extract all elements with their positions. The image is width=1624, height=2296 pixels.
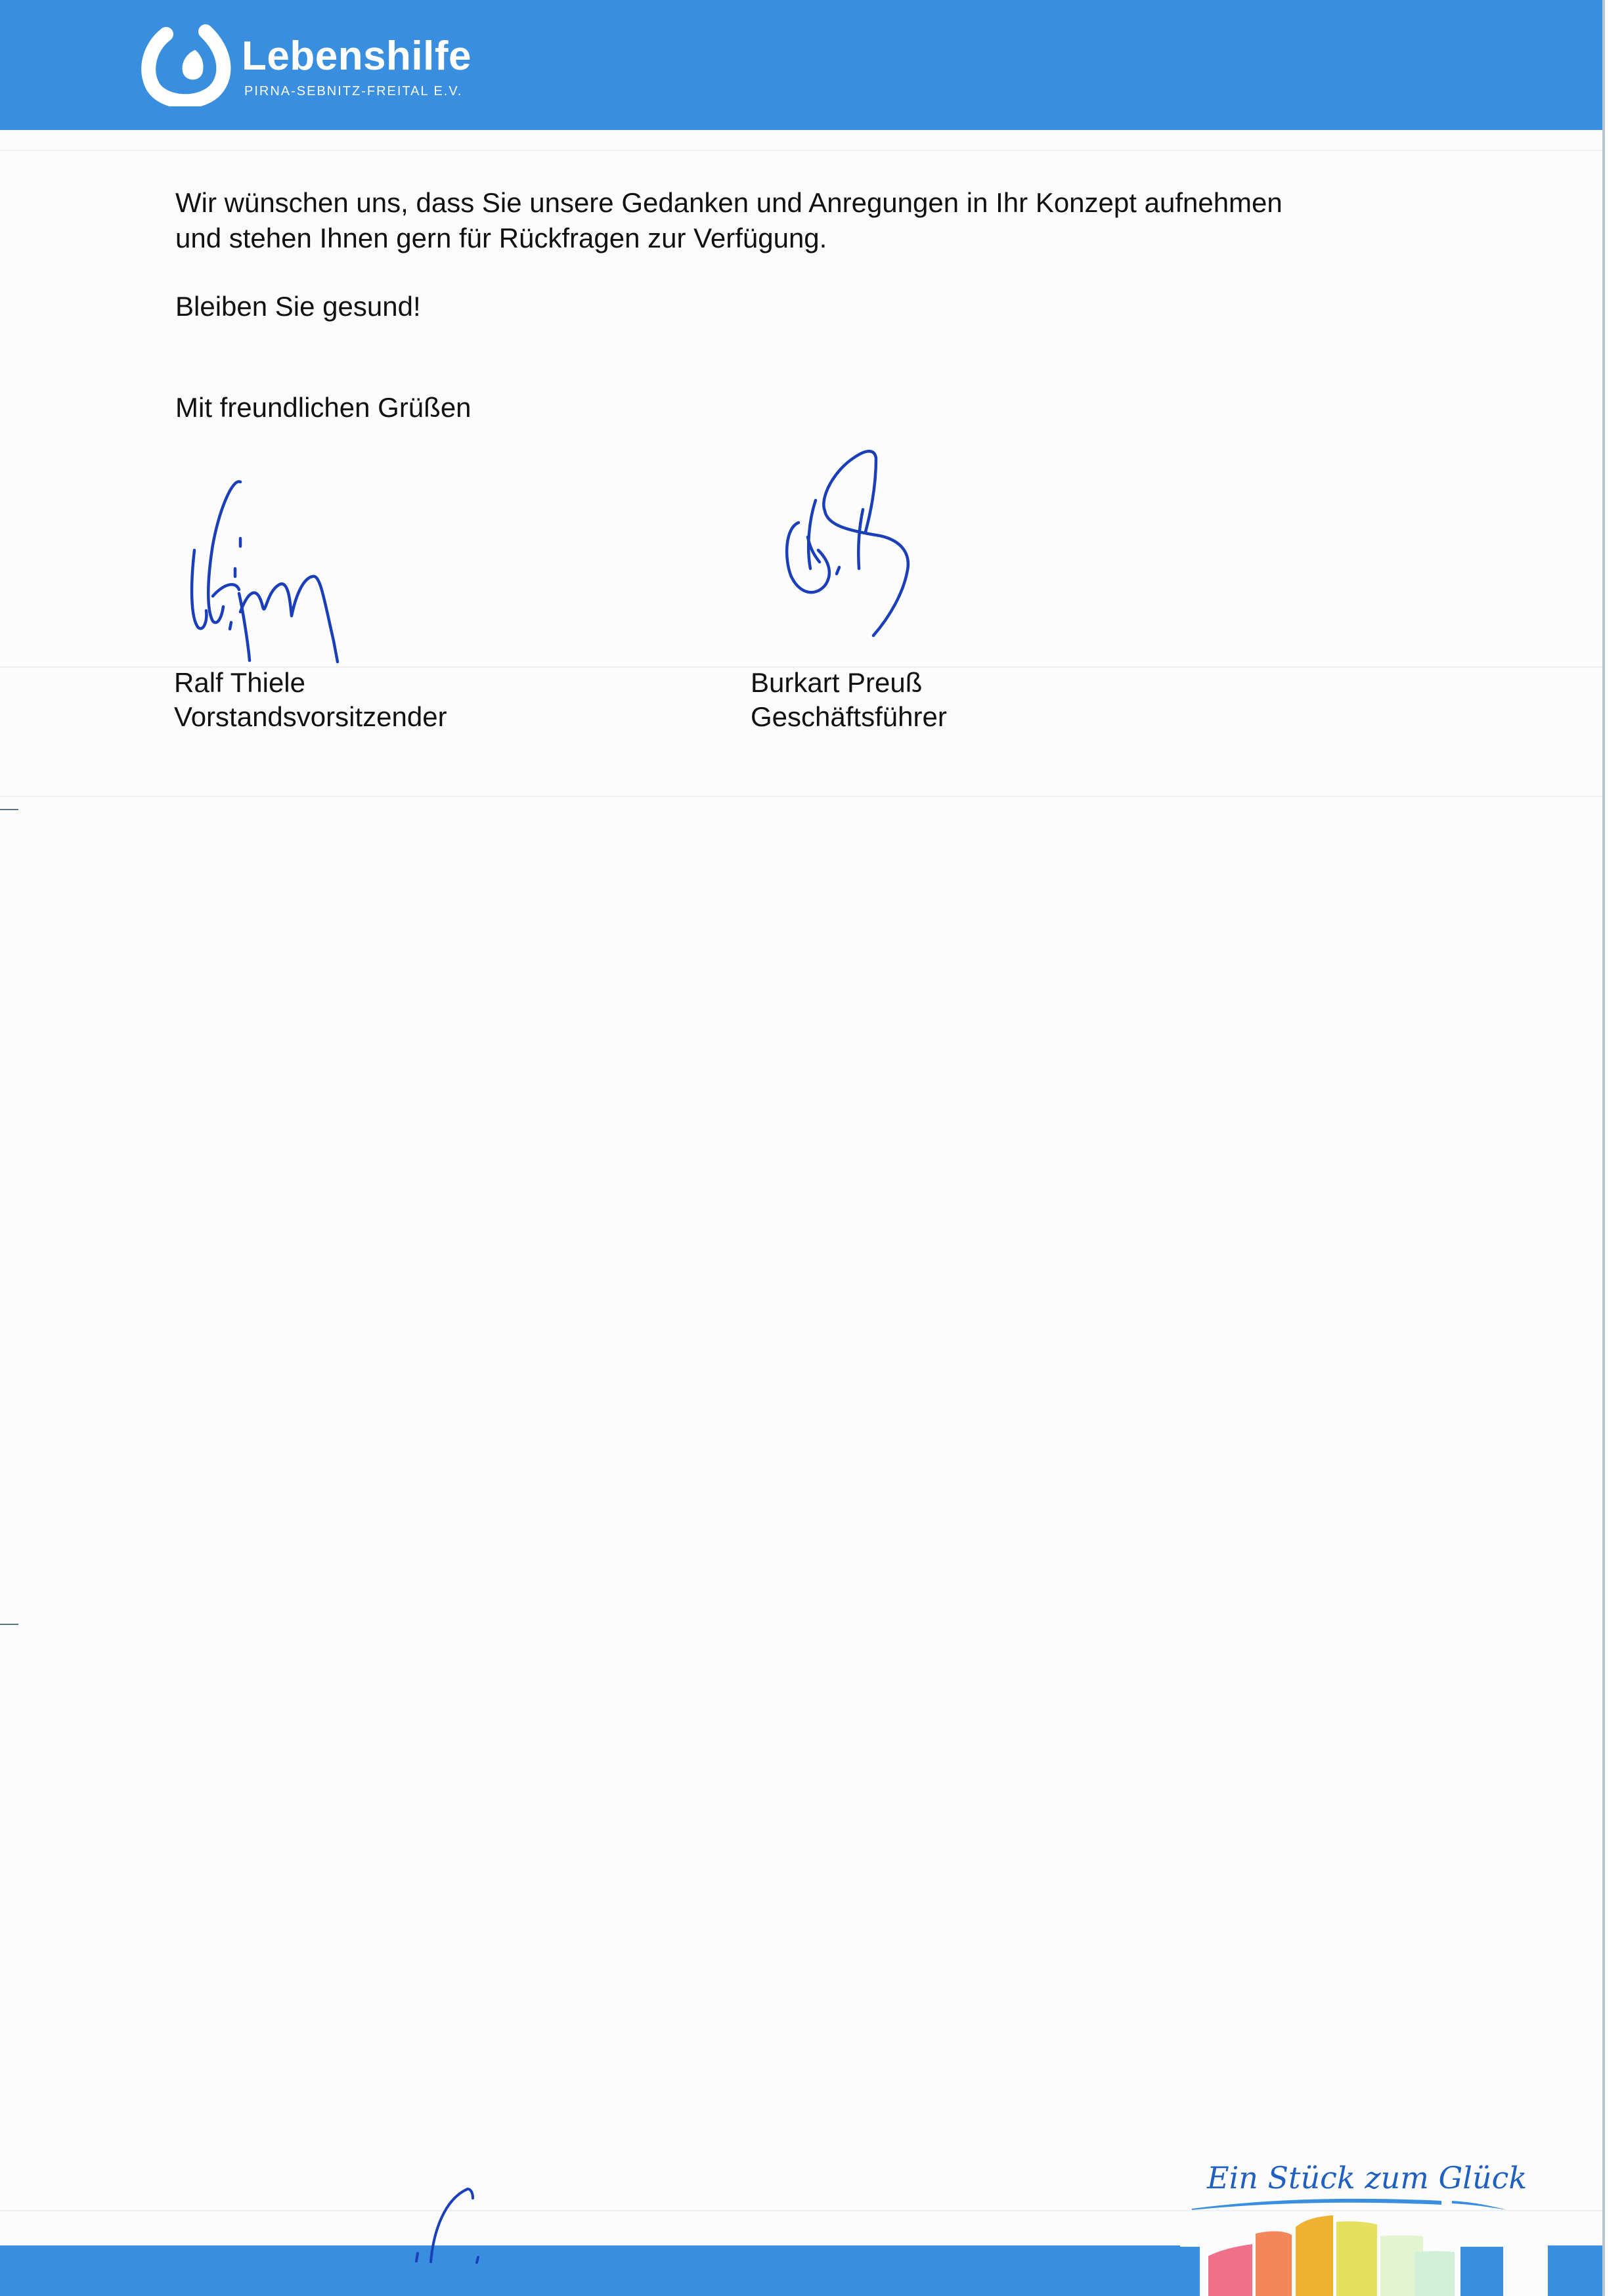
letter-page: Lebenshilfe PIRNA-SEBNITZ-FREITAL E.V. W… <box>0 0 1605 2296</box>
punch-mark <box>0 1624 18 1625</box>
greeting-line: Bleiben Sie gesund! <box>175 289 421 324</box>
signer-role: Geschäftsführer <box>751 701 947 733</box>
organization-subtitle: PIRNA-SEBNITZ-FREITAL E.V. <box>244 84 462 99</box>
handwritten-signature-icon <box>184 473 381 670</box>
signer-name: Burkart Preuß <box>751 667 922 699</box>
colorful-bars-logo-icon <box>1180 2213 1548 2296</box>
lebenshilfe-droplet-logo-icon <box>141 21 233 106</box>
handwritten-signature-icon <box>781 440 952 650</box>
letterhead-banner: Lebenshilfe PIRNA-SEBNITZ-FREITAL E.V. <box>0 0 1602 130</box>
closing-line: Mit freundlichen Grüßen <box>175 390 472 425</box>
pen-stroke-icon <box>394 2180 493 2278</box>
body-paragraph-line: Wir wünschen uns, dass Sie unsere Gedank… <box>175 185 1283 221</box>
organization-name: Lebenshilfe <box>242 33 472 79</box>
scan-artifact-line <box>0 796 1602 797</box>
signer-name: Ralf Thiele <box>174 667 305 699</box>
signer-role: Vorstandsvorsitzender <box>174 701 447 733</box>
body-paragraph-line: und stehen Ihnen gern für Rückfragen zur… <box>175 221 827 256</box>
scan-artifact-line <box>0 150 1602 151</box>
fold-mark <box>0 809 18 810</box>
